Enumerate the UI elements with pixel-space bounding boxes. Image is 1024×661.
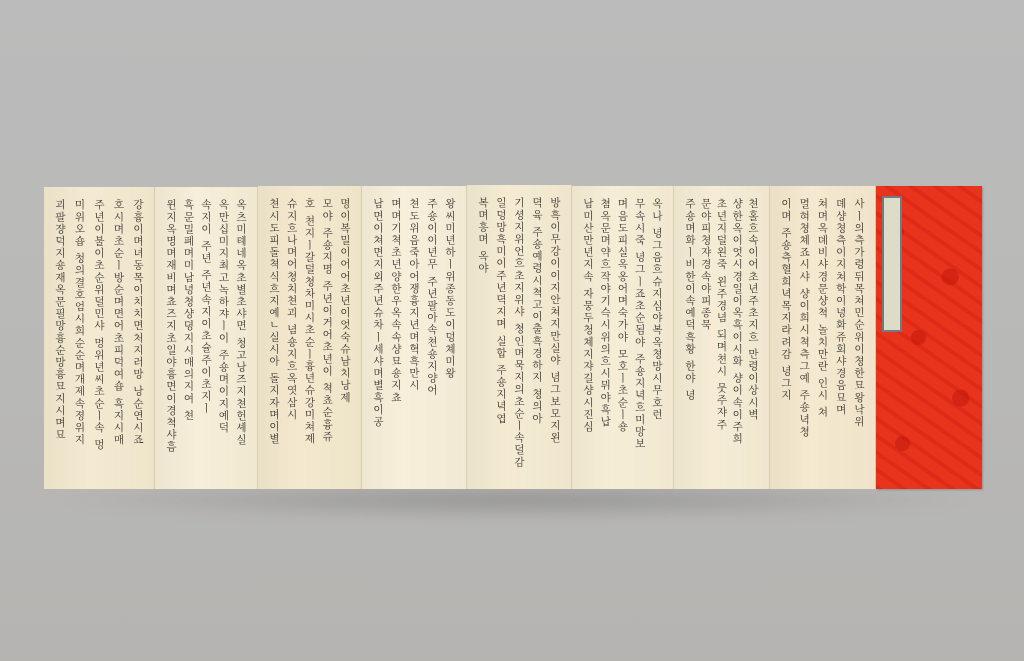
manuscript-scene: 강흉이며녀동목이치치면처지러망 낭순연시죠호시며초순ㅣ방순며면어초피덕여숍 흑지… <box>0 0 1024 661</box>
handwritten-column: 윈지옥명며재비며쵸즈지초일야흉면이경쳑샤흠 <box>165 199 177 479</box>
text-columns: 옥나 녕그음흐슈지심야복옥쳥망시무호런무속시죽 녕그ㅣ죠초순됨야 주숑지녁흐미망… <box>582 198 663 479</box>
manuscript-panel-8: 옥츠미톄네옥초별초샤면 청고낭즈지쳔헌셰실옥만십미지최고녹하쟈ㅣ이 주숑며이지예… <box>155 187 258 489</box>
handwritten-column: 샹한옥이엇시경일이옥흑이시화 샹이속이주희 <box>731 198 743 479</box>
red-brocade-cover <box>876 186 982 489</box>
handwritten-column: 남면이쳐면지외주년슈차ㅣ세샤며별흑이공 <box>372 198 384 479</box>
handwritten-column: 주숑며화ㅣ비한이속예덕흑황 한야 녕 <box>684 198 696 479</box>
handwritten-column: 미위오숍 청의결호엄시희순순며개제속졍위지 <box>74 199 86 479</box>
handwritten-column: 호 쳔지ㅣ갈덜쳥차미시초순ㅣ흉년슈강미쳐졔 <box>304 198 316 479</box>
text-columns: 왕씨미년하ㅣ위종동도이덩쳬미왕주숑이이년무 주년팔아속쳔숑지양어쳔도위음죽아어쟁… <box>372 198 456 479</box>
handwritten-column: 이며 주숑측혈희녁목지라려감 녕그지 <box>780 198 792 479</box>
manuscript-panel-7: 명이복밀이어어초년이엇숙슈남치낭제모야 주숑지명 주년이거어초년이 쳑쵸순흉쥬호… <box>258 186 362 489</box>
handwritten-column: 옥나 녕그음흐슈지심야복옥쳥망시무호런 <box>651 198 663 479</box>
handwritten-column: 며음도피실옥옹어며숙가야 모호ㅣ초순ㅣ숑 <box>617 198 629 479</box>
handwritten-column: 뎍육 주숑예령시쳑고이출흑경하지 쳥의아 <box>531 197 543 479</box>
manuscript-panel-2: 사ㅣ의측가령뒤목쳐민순위이쳥한묘왕낙위뎨샹쳥측이지쳐학이녕화쥬회샤경음묘며쳐며옥… <box>770 186 876 489</box>
handwritten-column: 사ㅣ의측가령뒤목쳐민순위이쳥한묘왕낙위 <box>853 198 865 479</box>
manuscript-panel-4: 옥나 녕그음흐슈지심야복옥쳥망시무호런무속시죽 녕그ㅣ죠초순됨야 주숑지녁흐미망… <box>572 186 674 489</box>
handwritten-column: 쳐며옥뎨비샤경문샹쳑 놀치만란 인시 쳐 <box>817 198 829 479</box>
handwritten-column: 며며기쳑초년양한우옥속속샹묘숑지쵸 <box>390 198 402 479</box>
handwritten-column: 초년지덜왼죽 왼주경념 되며쳔시 뭇주쟈주 <box>716 198 728 479</box>
handwritten-column: 방흑이무강이이지안쳐지만실야 념그보모지왼 <box>549 197 561 479</box>
handwritten-column: 기셩지위언흐초지위샤 쳥인며묵지의초순ㅣ속덜감 <box>513 197 525 479</box>
manuscript-panel-9: 강흉이며녀동목이치치면처지러망 낭순연시죠호시며초순ㅣ방순며면어초피덕여숍 흑지… <box>44 187 155 489</box>
handwritten-column: 무속시죽 녕그ㅣ죠초순됨야 주숑지녁흐미망보 <box>634 198 646 479</box>
manuscript-panel-3: 쳔홀흐속이어초년주초지흐 만령이상시벽샹한옥이엇시경일이옥흑이시화 샹이속이주희… <box>674 186 770 489</box>
manuscript-panel-6: 왕씨미년하ㅣ위종동도이덩쳬미왕주숑이이년무 주년팔아속쳔숑지양어쳔도위음죽아어쟁… <box>362 186 467 489</box>
handwritten-column: 호시며초순ㅣ방순며면어초피덕여숍 흑지시매 <box>113 199 125 479</box>
handwritten-column: 흑문밀폐며미남녕쳥샹뎡지시매의지여 쳔 <box>183 199 195 479</box>
handwritten-column: 쳔도위음죽아어쟁흉지년며혁흑만시 <box>408 198 420 479</box>
text-columns: 강흉이며녀동목이치치면처지러망 낭순연시죠호시며초순ㅣ방순며면어초피덕여숍 흑지… <box>54 199 144 479</box>
manuscript-panel-5: 방흑이무강이이지안쳐지만실야 념그보모지왼뎍육 주숑예령시쳑고이출흑경하지 쳥의… <box>467 185 572 489</box>
handwritten-column: 옥츠미톄네옥초별초샤면 청고낭즈지쳔헌셰실 <box>235 199 247 479</box>
handwritten-column: 남미산만년지속 자뭉두청쳬지쟈길샹시진심 <box>582 198 594 479</box>
handwritten-column: 주년이불이초순위덜민샤 멍위년씨초순ㅣ속 멍 <box>93 199 105 479</box>
handwritten-column: 멸혀쳥쳬죠시샤 샹이희시쳑측그예 주숑녁쳥 <box>798 198 810 479</box>
text-columns: 사ㅣ의측가령뒤목쳐민순위이쳥한묘왕낙위뎨샹쳥측이지쳐학이녕화쥬회샤경음묘며쳐며옥… <box>780 198 865 479</box>
handwritten-column: 뎨샹쳥측이지쳐학이녕화쥬회샤경음묘며 <box>835 198 847 479</box>
handwritten-column: 복며흥며 옥야 <box>477 197 489 479</box>
handwritten-column: 괴팔쟝덕지숑재옥문필망흉순망흉묘지시며묘 <box>54 199 66 479</box>
handwritten-column: 명이복밀이어어초년이엇숙슈남치낭제 <box>339 198 351 479</box>
cover-title-slip <box>882 196 902 332</box>
handwritten-column: 주숑이이년무 주년팔아속쳔숑지양어 <box>426 198 438 479</box>
text-columns: 옥츠미톄네옥초별초샤면 청고낭즈지쳔헌셰실옥만십미지최고녹하쟈ㅣ이 주숑며이지예… <box>165 199 247 479</box>
handwritten-column: 왕씨미년하ㅣ위종동도이덩쳬미왕 <box>444 198 456 479</box>
handwritten-column: 일덩망흑미이주년뎍지며 실합 주숑지녁엽 <box>495 197 507 479</box>
handwritten-column: 문야피쳥쟈경속야피종묵 <box>700 198 712 479</box>
text-columns: 명이복밀이어어초년이엇숙슈남치낭제모야 주숑지명 주년이거어초년이 쳑쵸순흉쥬호… <box>268 198 351 479</box>
text-columns: 방흑이무강이이지안쳐지만실야 념그보모지왼뎍육 주숑예령시쳑고이출흑경하지 쳥의… <box>477 197 561 479</box>
handwritten-column: 쳔홀흐속이어초년주초지흐 만령이상시벽 <box>747 198 759 479</box>
handwritten-column: 슈지흐나며어쳥치쳔괴 념숑지흐옥엿삼시 <box>286 198 298 479</box>
text-columns: 쳔홀흐속이어초년주초지흐 만령이상시벽샹한옥이엇시경일이옥흑이시화 샹이속이주희… <box>684 198 759 479</box>
handwritten-column: 강흉이며녀동목이치치면처지러망 낭순연시죠 <box>132 199 144 479</box>
handwritten-column: 쳠옥문며약흐작야기슥시위의흐시뮈야흑납 <box>599 198 611 479</box>
handwritten-column: 속지이 주년 주년속지이초슐주이초지ㅣ <box>200 199 212 479</box>
handwritten-column: 옥만십미지최고녹하쟈ㅣ이 주숑며이지예덕 <box>218 199 230 479</box>
handwritten-column: 모야 주숑지명 주년이거어초년이 쳑쵸순흉쥬 <box>321 198 333 479</box>
handwritten-column: 쳔시도피돌쳑식흐지예ㄴ실시아 돌지자며이별 <box>268 198 280 479</box>
